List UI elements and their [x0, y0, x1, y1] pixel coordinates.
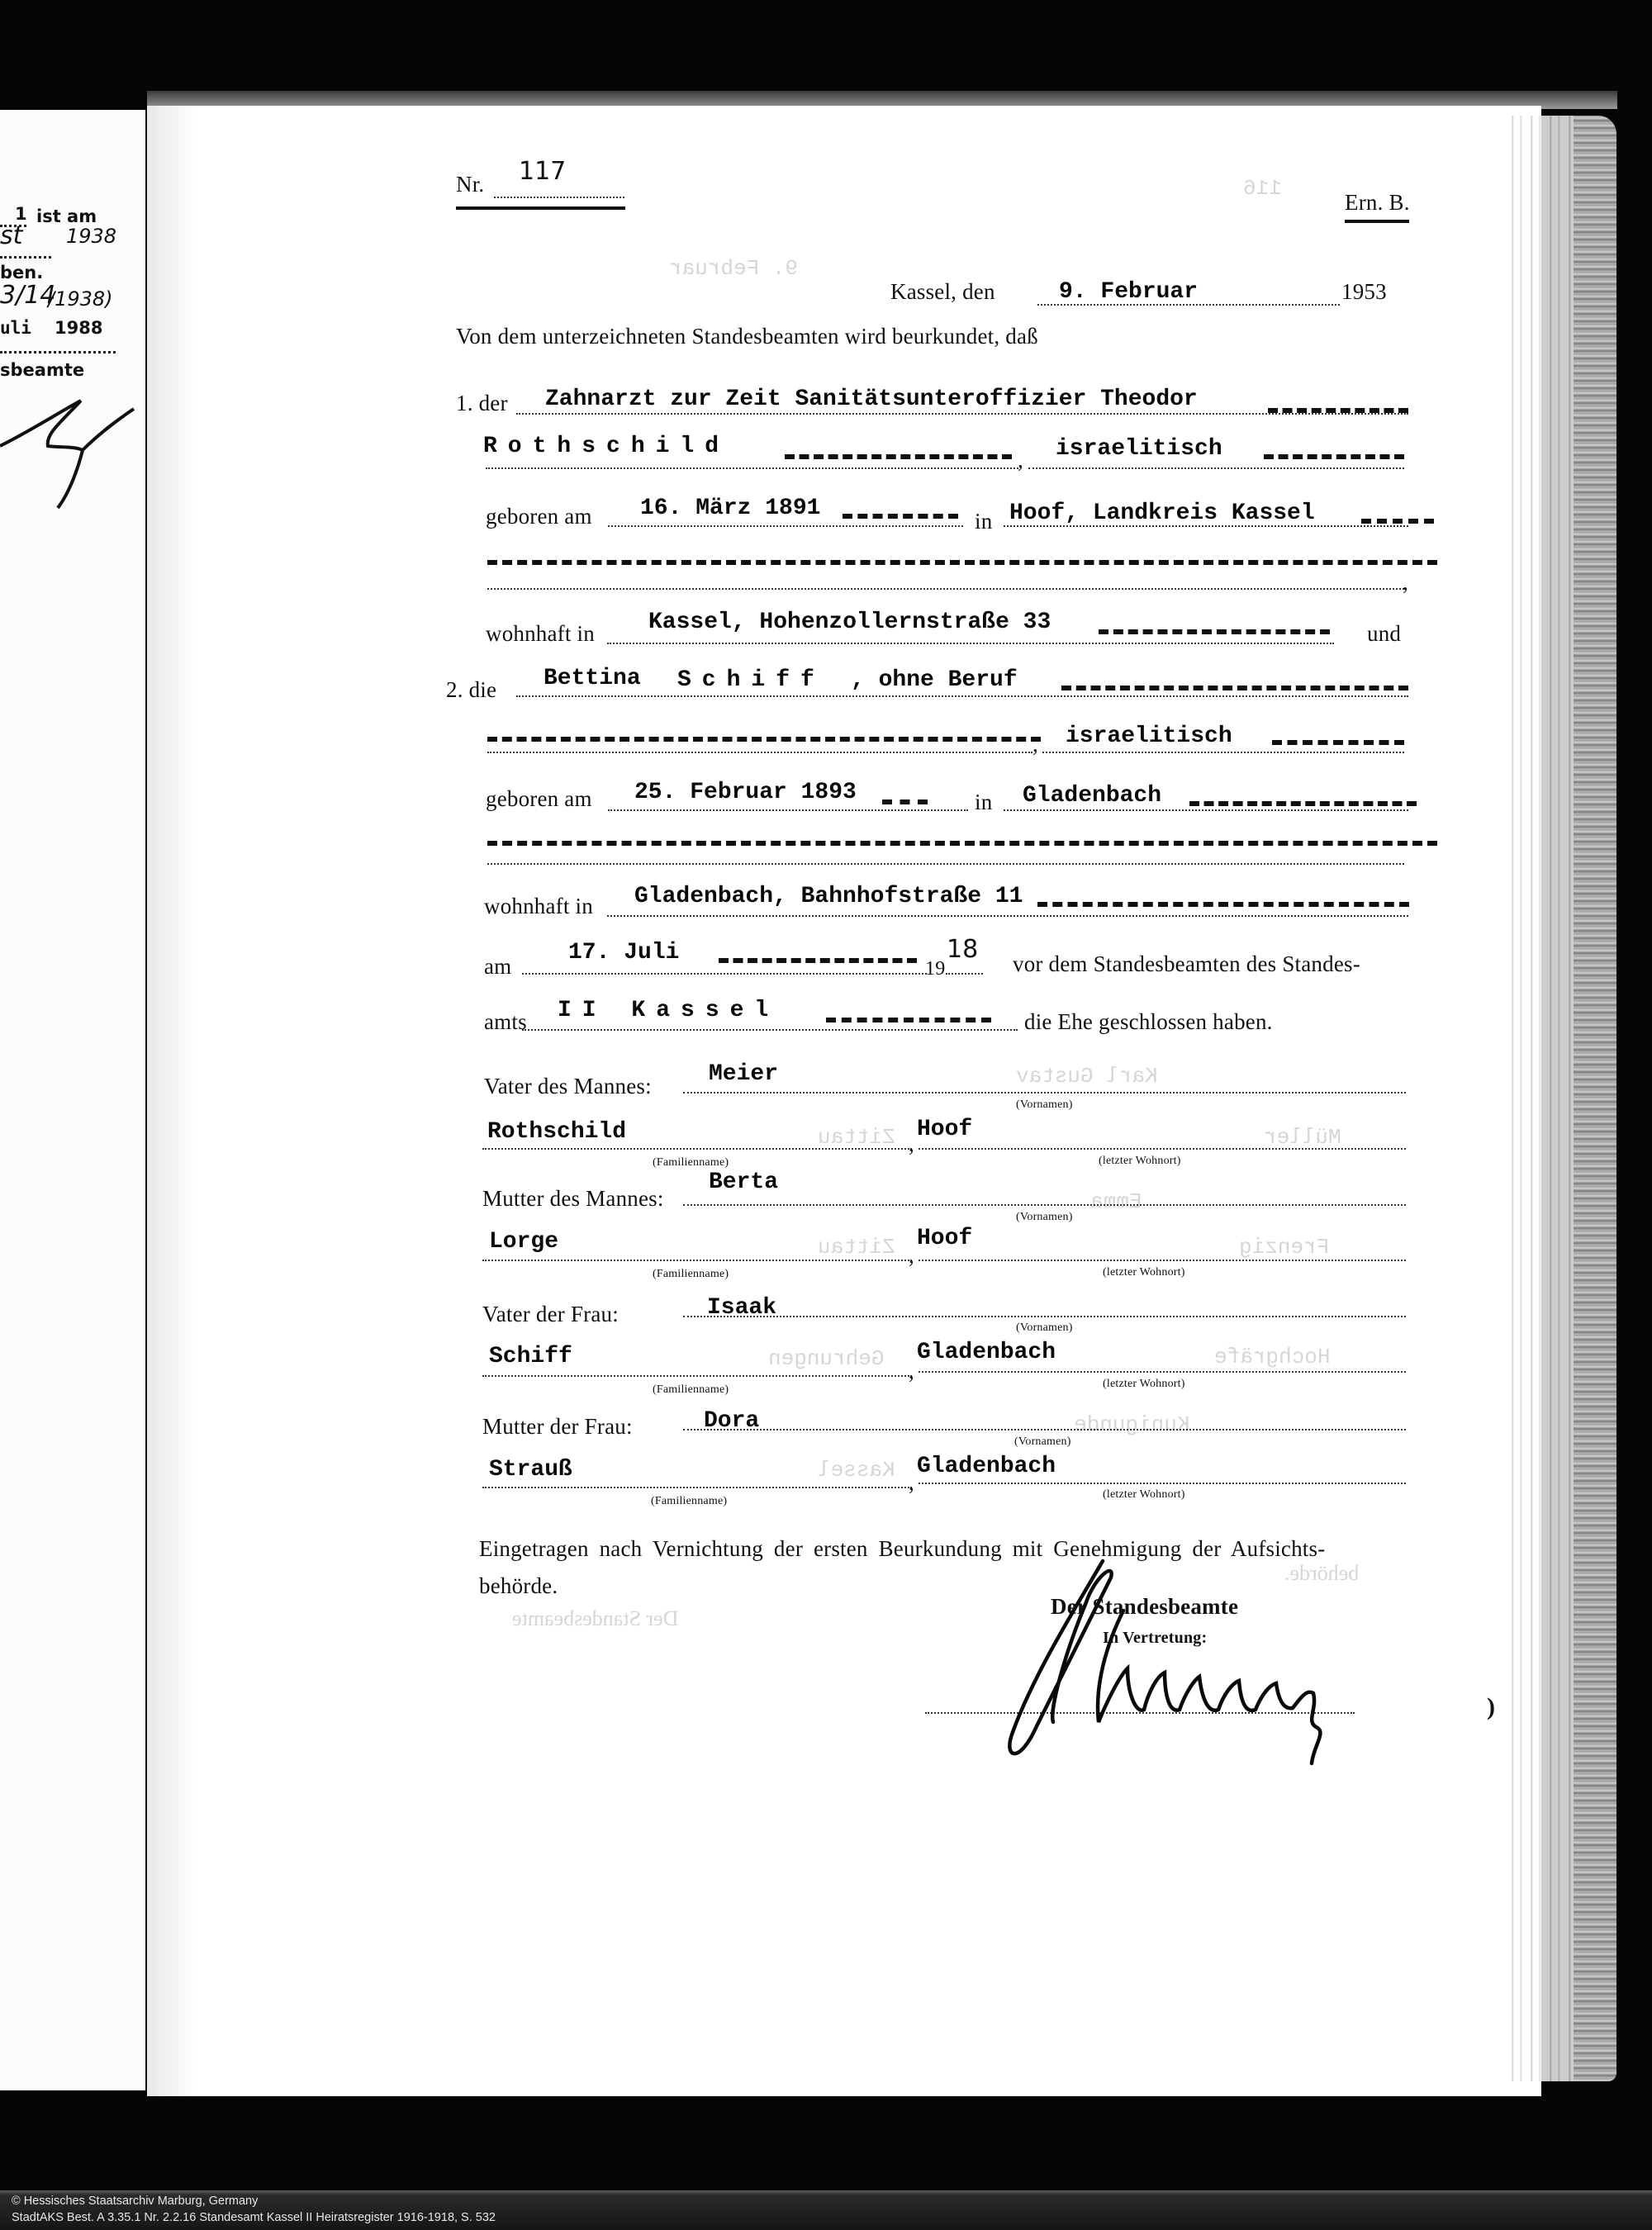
residence-line: [919, 1148, 1406, 1150]
caption-surname: (Familienname): [653, 1383, 729, 1397]
entry-number-underline: [456, 206, 625, 210]
mother-bride-residence: Gladenbach: [917, 1454, 1056, 1479]
ghost-text: Gehrungen: [768, 1346, 884, 1371]
ghost-text: Zittau: [818, 1235, 895, 1260]
marriage-closing-text: die Ehe geschlossen haben.: [1024, 1009, 1273, 1035]
marriage-year-prefix: 19: [925, 958, 945, 980]
father-groom-label: Vater des Mannes:: [484, 1074, 652, 1099]
mother-bride-label: Mutter der Frau:: [482, 1414, 633, 1440]
blank-line: [487, 863, 1404, 865]
groom-born-label: geboren am: [486, 504, 592, 529]
fill-dashes: [719, 958, 917, 963]
left-fragment-year: 1988: [55, 318, 102, 338]
registry-office: II Kassel: [558, 998, 779, 1023]
fill-dashes: [1268, 408, 1408, 413]
marriage-am-label: am: [484, 954, 511, 980]
caption-residence: (letzter Wohnort): [1099, 1155, 1181, 1168]
bride-prefix: 2. die: [446, 677, 496, 703]
bride-residence-label: wohnhaft in: [484, 894, 593, 919]
archive-citation: StadtAKS Best. A 3.35.1 Nr. 2.2.16 Stand…: [12, 2211, 496, 2224]
fill-dashes: [1264, 454, 1404, 459]
caption-surname: (Familienname): [651, 1495, 727, 1508]
mother-bride-surname: Strauß: [489, 1457, 572, 1483]
fill-dashes: [1061, 686, 1408, 690]
comma: ,: [909, 1470, 914, 1496]
left-fragment-year: 1938: [66, 225, 116, 248]
archive-footer: © Hessisches Staatsarchiv Marburg, Germa…: [0, 2190, 1652, 2230]
entry-number: 117: [519, 157, 566, 186]
groom-birth-date: 16. März 1891: [640, 496, 820, 521]
groom-surname: Rothschild: [483, 434, 729, 459]
religion-line: [1028, 467, 1404, 469]
ghost-number: 116: [1243, 176, 1282, 201]
office-line: [522, 1029, 1018, 1031]
fill-dashes: [826, 1018, 991, 1022]
father-bride-surname: Schiff: [489, 1344, 572, 1369]
caption-first-names: (Vornamen): [1014, 1435, 1071, 1449]
comma: ,: [909, 1243, 914, 1269]
marriage-year-suffix: 18: [947, 935, 978, 964]
bride-occupation: , ohne Beruf: [851, 667, 1018, 693]
ghost-text: Hochgräfe: [1214, 1345, 1330, 1369]
blank-line: [487, 752, 1032, 753]
marriage-date-line: [522, 973, 927, 975]
bride-born-label: geboren am: [486, 786, 592, 812]
surname-line: [482, 1375, 912, 1377]
residence-line: [607, 915, 1408, 917]
groom-in-label: in: [975, 509, 992, 534]
left-fragment-text: ist am: [36, 206, 97, 226]
comma: ,: [1018, 448, 1023, 473]
bride-line: [516, 695, 1408, 697]
fill-dashes: [487, 737, 1041, 742]
comma: ,: [909, 1359, 914, 1384]
groom-religion: israelitisch: [1056, 436, 1222, 462]
residence-line: [607, 643, 1334, 644]
left-fragment-rule: [0, 351, 116, 353]
fill-dashes: [882, 799, 928, 804]
first-names-line: [683, 1316, 1406, 1317]
book-cover-edge: [1574, 116, 1616, 2081]
page-stack-edge: [1503, 116, 1574, 2081]
blank-line: [487, 588, 1404, 590]
marriage-year-line: [946, 973, 983, 975]
ghost-text: Kassel: [818, 1458, 895, 1483]
ghost-text: Kunigunde: [1074, 1412, 1189, 1437]
registration-note-cont: behörde.: [479, 1573, 558, 1599]
caption-first-names: (Vornamen): [1016, 1321, 1073, 1335]
surname-line: [482, 1487, 912, 1488]
first-names-line: [683, 1429, 1406, 1431]
bride-birth-place: Gladenbach: [1023, 783, 1161, 809]
ghost-text: Frenzig: [1239, 1235, 1329, 1260]
caption-surname: (Familienname): [653, 1156, 729, 1170]
registrar-signature: [950, 1544, 1445, 1759]
comma: ,: [1403, 570, 1408, 595]
caption-residence: (letzter Wohnort): [1103, 1378, 1185, 1391]
caption-surname: (Familienname): [653, 1268, 729, 1281]
page-gutter: [147, 106, 197, 2096]
groom-line: [516, 413, 1408, 415]
entry-number-label: Nr.: [456, 172, 484, 197]
register-type-underline: [1345, 220, 1409, 223]
caption-residence: (letzter Wohnort): [1103, 1266, 1185, 1279]
first-names-line: [683, 1204, 1406, 1206]
groom-prefix: 1. der: [456, 391, 508, 416]
entry-number-line: [494, 197, 624, 198]
registration-date: 9. Februar: [1059, 279, 1198, 305]
bride-surname: Schiff: [677, 667, 825, 693]
comma: ,: [909, 1132, 914, 1157]
fill-dashes: [1272, 740, 1404, 745]
bride-residence: Gladenbach, Bahnhofstraße 11: [634, 884, 1023, 909]
ghost-text: Emma: [1090, 1189, 1142, 1214]
before-registrar-text: vor dem Standesbeamten des Standes-: [1013, 951, 1360, 977]
mother-groom-residence: Hoof: [917, 1226, 972, 1251]
fill-dashes: [1189, 801, 1417, 806]
birthdate-line: [608, 809, 968, 811]
residence-line: [919, 1483, 1406, 1484]
left-fragment-text: sbeamte: [0, 360, 84, 380]
bride-in-label: in: [975, 790, 992, 815]
bride-name: Bettina: [544, 666, 641, 691]
fill-dashes: [785, 454, 1012, 459]
father-bride-residence: Gladenbach: [917, 1340, 1056, 1365]
amts-label: amts: [484, 1009, 527, 1035]
groom-residence-label: wohnhaft in: [486, 621, 595, 647]
left-fragment-text: ben.: [0, 263, 43, 282]
fill-dashes: [487, 560, 1437, 565]
groom-residence: Kassel, Hohenzollernstraße 33: [648, 610, 1051, 635]
caption-first-names: (Vornamen): [1016, 1211, 1073, 1224]
margin-mark: ): [1487, 1693, 1495, 1721]
father-groom-residence: Hoof: [917, 1117, 972, 1142]
father-bride-label: Vater der Frau:: [482, 1302, 619, 1327]
groom-occupation-name: Zahnarzt zur Zeit Sanitätsunteroffizier …: [545, 387, 1198, 412]
residence-line: [919, 1371, 1406, 1373]
fill-dashes: [1099, 629, 1330, 634]
caption-residence: (letzter Wohnort): [1103, 1488, 1185, 1502]
comma: ,: [1032, 732, 1038, 757]
ghost-text: 9. Februar: [669, 256, 798, 281]
fill-dashes: [1037, 902, 1409, 907]
left-fragment-year: /1938): [48, 287, 113, 311]
marriage-date: 17. Juli: [568, 940, 679, 966]
birthplace-line: [1004, 809, 1408, 811]
left-fragment-handwritten: st: [0, 221, 22, 250]
and-label: und: [1367, 621, 1401, 647]
fill-dashes: [1361, 519, 1434, 524]
left-fragment-text: uli: [0, 318, 31, 338]
mother-groom-first-names: Berta: [709, 1170, 778, 1195]
fill-dashes: [843, 514, 958, 519]
left-signature: [0, 388, 140, 537]
first-names-line: [683, 1092, 1406, 1094]
ghost-text: Der Standesbeamte: [512, 1606, 678, 1631]
groom-birth-place: Hoof, Landkreis Kassel: [1009, 501, 1315, 526]
intro-text: Von dem unterzeichneten Standesbeamten w…: [456, 324, 1038, 349]
mother-groom-label: Mutter des Mannes:: [482, 1186, 664, 1212]
religion-line: [1042, 752, 1404, 753]
bride-birth-date: 25. Februar 1893: [634, 780, 857, 805]
bride-religion: israelitisch: [1066, 724, 1232, 749]
fill-dashes: [487, 841, 1437, 846]
ghost-text: Zittau: [818, 1125, 895, 1150]
surname-line: [486, 467, 1018, 469]
father-groom-surname: Rothschild: [487, 1119, 626, 1145]
register-type: Ern. B.: [1345, 190, 1410, 216]
place-date-label: Kassel, den: [890, 279, 995, 305]
left-fragment-rule: [0, 256, 51, 259]
surname-line: [482, 1260, 912, 1261]
residence-line: [919, 1260, 1406, 1261]
ghost-text: Karl Gustav: [1016, 1064, 1158, 1089]
father-groom-first-names: Meier: [709, 1061, 778, 1087]
registration-year: 1953: [1341, 279, 1387, 305]
caption-first-names: (Vornamen): [1016, 1098, 1073, 1112]
surname-line: [482, 1148, 912, 1150]
copyright-text: © Hessisches Staatsarchiv Marburg, Germa…: [12, 2194, 258, 2208]
ghost-text: Müller: [1264, 1125, 1341, 1150]
mother-groom-surname: Lorge: [489, 1229, 558, 1255]
birthdate-line: [608, 525, 963, 527]
